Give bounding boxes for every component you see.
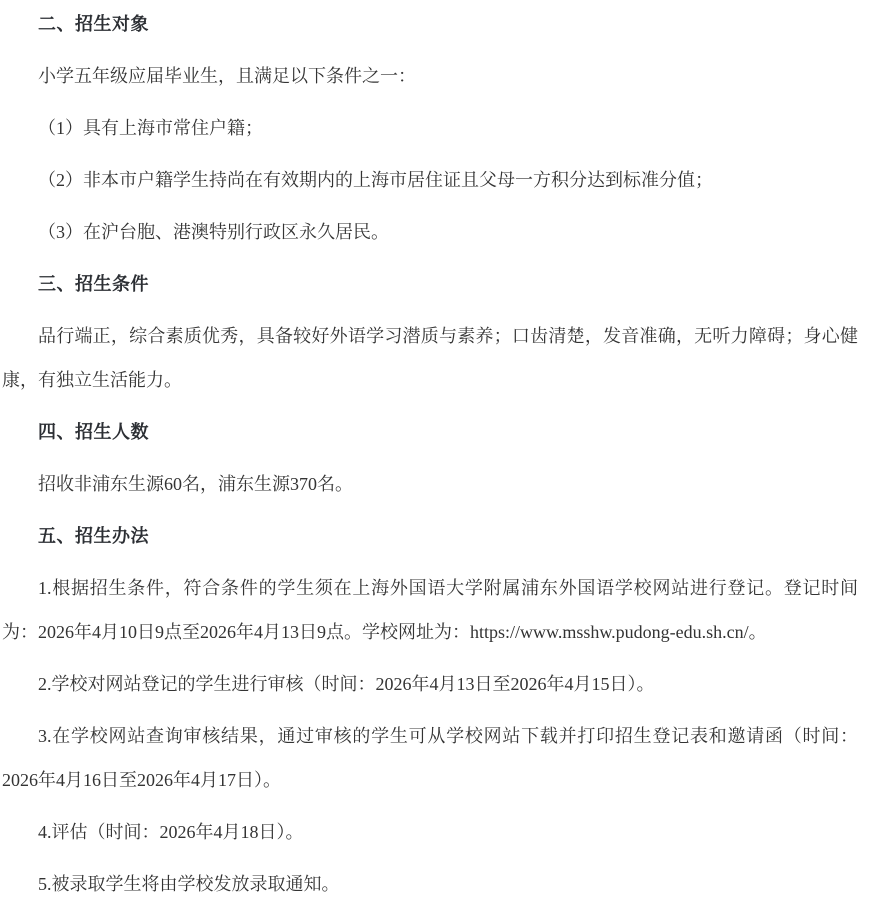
- paragraph-procedure-step-5: 5.被录取学生将由学校发放录取通知。: [2, 862, 858, 906]
- paragraph-procedure-step-4: 4.评估（时间：2026年4月18日）。: [2, 810, 858, 854]
- paragraph-targets-intro: 小学五年级应届毕业生，且满足以下条件之一：: [2, 54, 858, 98]
- paragraph-quota: 招收非浦东生源60名，浦东生源370名。: [2, 462, 858, 506]
- paragraph-condition-2: （2）非本市户籍学生持尚在有效期内的上海市居住证且父母一方积分达到标准分值；: [2, 158, 858, 202]
- section-heading-admission-targets: 二、招生对象: [2, 2, 858, 46]
- section-heading-admission-procedure: 五、招生办法: [2, 514, 858, 558]
- admission-notice-document: 二、招生对象 小学五年级应届毕业生，且满足以下条件之一： （1）具有上海市常住户…: [0, 0, 873, 909]
- section-heading-admission-quota: 四、招生人数: [2, 410, 858, 454]
- paragraph-condition-3: （3）在沪台胞、港澳特别行政区永久居民。: [2, 210, 858, 254]
- paragraph-procedure-step-2: 2.学校对网站登记的学生进行审核（时间：2026年4月13日至2026年4月15…: [2, 662, 858, 706]
- paragraph-condition-1: （1）具有上海市常住户籍；: [2, 106, 858, 150]
- paragraph-procedure-step-3: 3.在学校网站查询审核结果，通过审核的学生可从学校网站下载并打印招生登记表和邀请…: [2, 714, 858, 802]
- paragraph-procedure-step-1: 1.根据招生条件，符合条件的学生须在上海外国语大学附属浦东外国语学校网站进行登记…: [2, 566, 858, 654]
- paragraph-requirements: 品行端正，综合素质优秀，具备较好外语学习潜质与素养；口齿清楚，发音准确，无听力障…: [2, 314, 858, 402]
- section-heading-admission-requirements: 三、招生条件: [2, 262, 858, 306]
